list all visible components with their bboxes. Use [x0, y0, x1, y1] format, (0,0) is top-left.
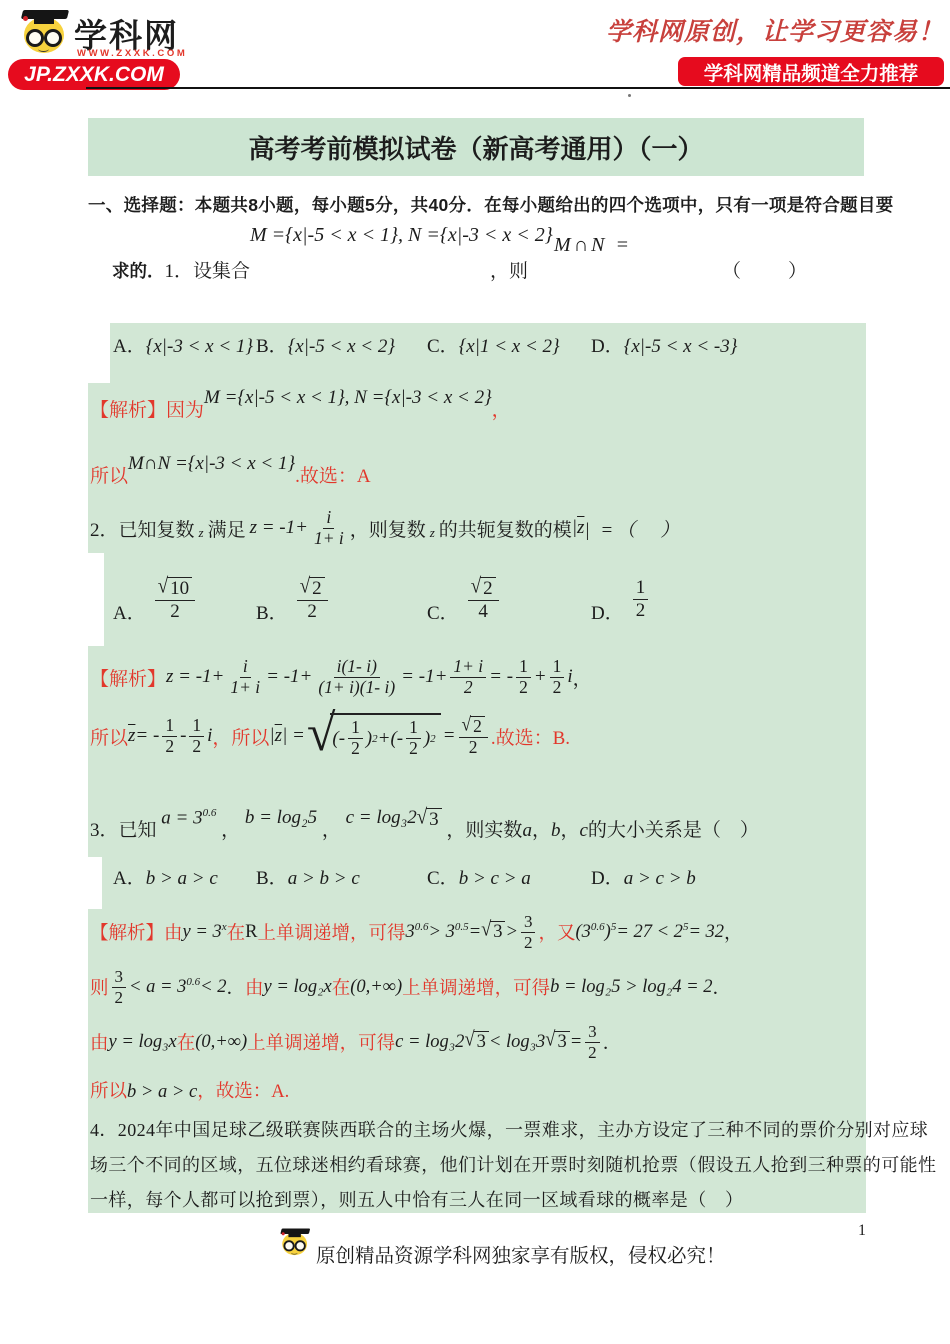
white-notch-3	[88, 857, 102, 909]
radicand: (-12)2+(-12)2	[330, 713, 440, 758]
q2-sol1-label: 【解析】	[90, 664, 166, 691]
q2-z-symbol-2: z	[430, 525, 435, 541]
q4-stem-line-2: 场三个不同的区域，五位球迷相约看球赛，他们计划在开票时刻随机抢票（假设五人抢到三…	[90, 1151, 936, 1177]
radicand: 3	[474, 1031, 489, 1053]
graduation-cap-crown	[288, 1233, 300, 1237]
q3-sol3-m4: < log₃3	[489, 1032, 545, 1053]
q1-intersection-formula: M∩N =	[554, 234, 632, 257]
owl-eye-right	[44, 29, 62, 47]
q3-sol1-red3: 上单调递增，可得	[257, 919, 405, 945]
q1-sol1-comma: ，	[492, 400, 511, 421]
q2-sol1-f4: 12	[516, 657, 531, 697]
q1-solution-line-2: 所以M∩N ={x|-3 < x < 1}.故选：A	[90, 461, 371, 488]
base: y = 3	[183, 922, 222, 942]
fraction-denominator: 2	[189, 737, 204, 757]
q3-sol1-m7: (30.6)5= 27 < 25= 32	[576, 921, 725, 943]
sqrt-radical: √3	[545, 1031, 569, 1053]
owl-smile	[291, 1251, 298, 1255]
radical-sign: √	[545, 1030, 555, 1051]
stray-dot	[628, 94, 631, 97]
q3-solution-line-1: 【解析】由 y = 3x 在 R 上单调递增，可得 30.6 > 30.5 = …	[90, 907, 743, 957]
radicand: 3	[426, 808, 442, 831]
highlighted-content-block: A．{x|-3 < x < 1} B．{x|-5 < x < 2} C．{x|1…	[88, 323, 866, 1213]
q2-stem: 2．已知复数 z 满足 z = -1+ i1+ i ，则复数 z 的共轭复数的模…	[90, 501, 682, 555]
q3-sol1-end: ，	[724, 919, 743, 945]
sqrt-radical: √2	[300, 577, 325, 599]
q1-answer-parens: （ ）	[722, 256, 821, 283]
sqrt-radical: √10	[158, 577, 192, 599]
base: (3	[576, 922, 591, 942]
q1-sol2-answer: .故选：A	[295, 466, 370, 487]
radical-sign: √	[464, 1030, 474, 1051]
q3-option-a: A．b > a > c	[113, 863, 218, 890]
cap-tassel	[23, 16, 28, 21]
q1-stem-prefix: 求的．	[112, 261, 165, 281]
page-title: 高考考前模拟试卷（新高考通用）（一）	[248, 129, 703, 166]
page-number: 1	[858, 1222, 866, 1240]
q3-option-b-value: a > b > c	[288, 868, 360, 889]
fraction-denominator: 2	[466, 738, 481, 758]
fraction-numerator: 1	[406, 718, 421, 739]
q3-sol1-label: 【解析】由	[90, 919, 183, 945]
q2-sol2-t6: =	[443, 725, 456, 747]
fraction-numerator: 1	[550, 657, 565, 678]
q2-sol2-answer: .故选：B.	[491, 723, 570, 750]
fraction-numerator: 3	[521, 912, 536, 932]
q2-sol1-t3: = -1+	[401, 666, 447, 688]
q2-sol1-f5: 12	[550, 657, 565, 697]
promo-banner: 学科网精品频道全力推荐	[678, 57, 944, 86]
q3-sol3-m3: c = log₃2	[395, 1032, 464, 1053]
jp-zxxk-badge: JP.ZXXK.COM	[8, 59, 180, 90]
q2-sol2-t1: = -	[135, 725, 159, 747]
exponent: 0.6	[591, 921, 605, 933]
fraction-numerator: 1	[189, 716, 204, 737]
white-notch-1	[88, 323, 110, 383]
q2-modulus-close: | =（ ）	[584, 515, 682, 542]
exponent: 0.6	[415, 921, 429, 933]
q3-sol3-f1: 32	[585, 1022, 600, 1061]
sqrt-radical: √3	[464, 1031, 488, 1053]
q2-stem-d: ，则复数	[350, 515, 426, 542]
q3-option-d: D．a > c > b	[591, 863, 696, 890]
q2-sol1-f2: i(1- i)(1+ i)(1- i)	[315, 657, 398, 697]
q1-option-d-label: D．	[591, 336, 624, 357]
radicand-f2: 12	[406, 718, 421, 758]
document-page: 学科网 WWW.ZXXK.COM JP.ZXXK.COM 学科网原创，让学习更容…	[0, 0, 950, 1344]
radical-sign: √	[471, 576, 481, 597]
q2-option-d-fraction: 12	[633, 577, 649, 621]
fraction-denominator: 2	[406, 739, 421, 759]
q3-stem-a: 3．已知	[90, 820, 157, 841]
punct: ，	[532, 820, 551, 841]
radical-sign: √	[158, 576, 168, 597]
fraction-numerator: i	[323, 508, 334, 529]
q3-option-a-value: b > a > c	[146, 868, 218, 889]
cap-tassel	[282, 1232, 285, 1235]
big-sqrt-radical: √(-12)2+(-12)2	[307, 713, 441, 758]
sqrt-radical: √3	[417, 808, 442, 831]
owl-eye-left	[26, 29, 44, 47]
q3-formula-a: a = 30.6	[161, 807, 216, 829]
q3-option-c-label: C．	[427, 868, 459, 889]
q2-sol2-f3: √22	[459, 715, 488, 757]
q1-option-d-value: {x|-5 < x < -3}	[624, 336, 738, 357]
q2-stem-a: 2．已知复数	[90, 515, 195, 542]
q3-sol1-m1: y = 3x	[183, 921, 227, 943]
fraction-numerator: 1	[348, 718, 363, 739]
var-a: a	[522, 820, 532, 841]
fraction-denominator: 1+ i	[227, 678, 263, 698]
q2-sol1-t5: +	[534, 666, 547, 688]
q3-comma-1: ，	[221, 820, 240, 841]
header-divider	[86, 87, 950, 89]
q3-sol2-m5: b = log₂5 > log₂4 = 2	[550, 977, 712, 998]
exponent: 0.6	[186, 976, 200, 988]
fraction-numerator: 1+ i	[450, 657, 486, 678]
section-1-instructions: 一、选择题：本题共8小题，每小题5分，共40分．在每小题给出的四个选项中，只有一…	[88, 192, 894, 217]
q1-option-b-label: B．	[256, 336, 288, 357]
fraction-denominator: 2	[521, 933, 536, 952]
radical-sign: √	[300, 576, 310, 597]
base: = 27 < 2	[616, 922, 683, 942]
fraction-denominator: 2	[461, 678, 476, 698]
fraction-numerator: √10	[155, 576, 195, 600]
q3-sol2-red3: 在	[332, 974, 351, 1000]
footer-owl-logo-icon	[281, 1226, 311, 1256]
base: > 3	[428, 922, 454, 942]
q2-option-c-label: C．	[427, 598, 459, 625]
fraction-denominator: 2	[550, 678, 565, 698]
q1-option-a-value: {x|-3 < x < 1}	[146, 336, 253, 357]
q3-sol3-red2: 在	[177, 1029, 196, 1055]
q1-option-c: C．{x|1 < x < 2}	[427, 331, 560, 358]
q1-option-b-value: {x|-5 < x < 2}	[288, 336, 395, 357]
q3-sol2-m3: y = log₂x	[264, 977, 332, 998]
q2-sol2-mid: ，所以	[212, 723, 269, 750]
q1-option-d: D．{x|-5 < x < -3}	[591, 331, 737, 358]
fraction-numerator: 1	[162, 716, 177, 737]
fraction-numerator: 3	[585, 1022, 600, 1042]
exponent: 0.6	[203, 807, 217, 819]
radicand: 3	[490, 921, 505, 943]
owl-eye-right	[295, 1240, 306, 1251]
q2-z-symbol-1: z	[199, 525, 204, 541]
radicand-f1: 12	[348, 718, 363, 758]
radicand: 10	[167, 577, 192, 599]
q2-z-conjugate: z	[577, 517, 584, 539]
q2-option-d-label: D．	[591, 598, 624, 625]
q1-stem-then: ，则	[490, 256, 528, 283]
q3-sol2-m4: (0,+∞)	[350, 977, 402, 998]
q3-sol1-R: R	[245, 922, 257, 943]
q2-option-c-fraction: √24	[468, 576, 499, 622]
q2-sol1-f3: 1+ i2	[450, 657, 486, 697]
q1-stem-text: 1．设集合	[165, 261, 251, 282]
q3-sol2-red1: 则	[90, 974, 109, 1000]
q2-sol2-f1: 12	[162, 716, 177, 756]
q4-stem-line-1: 4．2024年中国足球乙级联赛陕西联合的主场火爆，一票难求，主办方设定了三种不同…	[90, 1116, 928, 1142]
footer-copyright: 原创精品资源学科网独家享有版权，侵权必究！	[316, 1240, 726, 1268]
base: < 2	[200, 977, 226, 997]
q3-stem: 3．已知 a = 30.6 ， b = log₂5 ， c = log₃2√3 …	[90, 815, 759, 844]
q1-sol1-math: M ={x|-5 < x < 1}, N ={x|-3 < x < 2}	[204, 387, 492, 409]
owl-eye-left	[283, 1240, 294, 1251]
q3-sol1-m5: =	[469, 922, 481, 943]
white-notch-2	[88, 553, 104, 646]
q3-sol2-p2: ．	[713, 974, 732, 1000]
q3-sol4-math: b > a > c	[127, 1082, 197, 1102]
q3-sol1-red2: 在	[227, 919, 246, 945]
q3-comma-2: ，	[322, 820, 341, 841]
fraction-denominator: 1+ i	[311, 529, 347, 549]
owl-smile	[38, 46, 49, 52]
radicand-t1: (-	[332, 728, 345, 750]
q3-option-d-label: D．	[591, 868, 624, 889]
fraction-numerator: √2	[468, 576, 499, 600]
fraction-denominator: 2	[112, 988, 127, 1007]
q3-option-c-value: b > c > a	[459, 868, 531, 889]
q2-sol1-t4: = -	[489, 666, 513, 688]
q3-sol2-red2: 由	[245, 974, 264, 1000]
punct: ，	[560, 820, 579, 841]
fraction-numerator: 3	[112, 967, 127, 987]
fraction-denominator: 2	[585, 1043, 600, 1062]
q3-formula-b: b = log₂5	[245, 807, 317, 829]
q3-formula-c: c = log₃2√3	[346, 807, 442, 831]
radical-sign: √	[481, 920, 491, 941]
q2-sol1-f1: i1+ i	[227, 657, 263, 697]
q3-stem-b2: 的大小关系是（ ）	[588, 820, 759, 841]
q2-sol1-t2: = -1+	[266, 666, 312, 688]
q3-sol4-red1: 所以	[90, 1082, 127, 1102]
q2-sol2-zbar2: z	[275, 725, 282, 747]
q2-option-b-label: B．	[256, 598, 288, 625]
fraction-denominator: 2	[162, 737, 177, 757]
title-banner: 高考考前模拟试卷（新高考通用）（一）	[88, 118, 864, 176]
q3-option-c: C．b > c > a	[427, 863, 531, 890]
q3-solution-line-2: 则 32 < a = 30.6< 2 ． 由 y = log₂x 在 (0,+∞…	[90, 963, 731, 1011]
q1-option-a: A．{x|-3 < x < 1}	[113, 331, 253, 358]
q3-solution-line-3: 由 y = log₃x 在 (0,+∞) 上单调递增，可得 c = log₃2 …	[90, 1017, 621, 1067]
fraction-denominator: 2	[167, 601, 183, 622]
q2-solution-line-2: 所以 z = - 12 - 12 i ，所以 | z | = √(-12)2+(…	[90, 705, 570, 767]
q2-option-c: C． √24	[427, 563, 502, 635]
q2-option-a: A． √102	[113, 563, 198, 635]
q2-option-d: D． 12	[591, 563, 651, 635]
q3-option-d-value: a > c > b	[624, 868, 696, 889]
exponent: 0.5	[455, 921, 469, 933]
q2-sol2-t5: | =	[282, 725, 305, 747]
zxxk-owl-logo-icon	[22, 6, 70, 54]
radical-sign: √	[462, 715, 472, 735]
base: 3	[405, 922, 414, 942]
q2-sol2-prefix: 所以	[90, 723, 128, 750]
q2-sol1-comma: ，	[573, 664, 592, 691]
q2-sol2-zbar: z	[128, 725, 135, 747]
q3-sol1-m3: 30.6	[405, 921, 428, 943]
radicand: 2	[480, 577, 496, 599]
sqrt-radical: √3	[481, 921, 505, 943]
fraction-numerator: i(1- i)	[334, 657, 380, 678]
radical-sign: √	[417, 807, 427, 828]
q3-sol4-answer: ，故选：A.	[197, 1082, 289, 1102]
graduation-cap-crown	[34, 17, 54, 24]
q3-sol3-m5: =	[570, 1032, 582, 1053]
fraction-numerator: √2	[459, 715, 488, 738]
q3-sol3-red1: 由	[90, 1029, 109, 1055]
sqrt-radical: √2	[471, 577, 496, 599]
radicand: 3	[554, 1031, 569, 1053]
base: = 32	[688, 922, 724, 942]
q2-option-b-fraction: √22	[297, 576, 328, 622]
q3-solution-line-4: 所以b > a > c，故选：A.	[90, 1077, 289, 1103]
q3-option-a-label: A．	[113, 868, 146, 889]
q2-sol2-t2: -	[180, 725, 186, 747]
q2-stem-fraction: i1+ i	[311, 508, 347, 548]
q2-solution-line-1: 【解析】 z = -1+ i1+ i = -1+ i(1- i)(1+ i)(1…	[90, 651, 592, 703]
q2-sol2-f2: 12	[189, 716, 204, 756]
q2-stem-b: 满足	[208, 515, 246, 542]
q3-sol1-red4: ，又	[538, 919, 575, 945]
q2-option-a-label: A．	[113, 598, 146, 625]
q1-sol2-math: M∩N ={x|-3 < x < 1}	[128, 453, 295, 475]
q1-option-c-value: {x|1 < x < 2}	[459, 336, 560, 357]
q1-sol2-prefix: 所以	[90, 466, 128, 487]
fraction-denominator: 2	[633, 600, 649, 621]
fraction-denominator: 4	[475, 601, 491, 622]
q3-a-base: a = 3	[161, 807, 202, 828]
q1-sol1-label: 【解析】因为	[90, 400, 204, 421]
brand-site-url: WWW.ZXXK.COM	[77, 48, 187, 59]
var-c: c	[579, 820, 587, 841]
fraction-denominator: 2	[348, 739, 363, 759]
q3-sol3-m1: y = log₃x	[109, 1032, 177, 1053]
fraction-denominator: (1+ i)(1- i)	[315, 678, 398, 698]
exponent: 2	[430, 733, 436, 745]
radicand: 2	[470, 716, 485, 737]
q3-stem-b1: ，则实数	[446, 820, 522, 841]
q2-stem-e: 的共轭复数的模	[439, 515, 572, 542]
fraction-denominator: 2	[516, 678, 531, 698]
q2-sol1-t1: z = -1+	[166, 666, 224, 688]
q1-solution-line-1: 【解析】因为M ={x|-5 < x < 1}, N ={x|-3 < x < …	[90, 395, 511, 422]
q2-option-b: B． √22	[256, 563, 331, 635]
q4-stem-line-3: 一样，每个人都可以抢到票），则五人中恰有三人在同一区域看球的概率是（ ）	[90, 1186, 743, 1212]
fraction-numerator: √2	[297, 576, 328, 600]
q1-option-b: B．{x|-5 < x < 2}	[256, 331, 395, 358]
q2-option-a-fraction: √102	[155, 576, 195, 622]
fraction-numerator: 1	[633, 577, 649, 599]
q3-sol1-m4: > 30.5	[428, 921, 468, 943]
q3-sol3-red3: 上单调递增，可得	[247, 1029, 395, 1055]
header-slogan: 学科网原创，让学习更容易！	[606, 12, 944, 48]
q3-sol2-m1: < a = 30.6< 2	[129, 976, 226, 998]
q1-option-c-label: C．	[427, 336, 459, 357]
q3-sol3-m2: (0,+∞)	[195, 1032, 247, 1053]
fraction-numerator: 1	[516, 657, 531, 678]
fraction-denominator: 2	[304, 601, 320, 622]
q3-sol1-f1: 32	[521, 912, 536, 951]
q3-sol2-red4: 上单调递增，可得	[402, 974, 550, 1000]
radicand: 2	[309, 577, 325, 599]
q3-c-base: c = log₃2	[346, 807, 417, 828]
sqrt-radical: √2	[462, 716, 485, 737]
q3-sol3-p1: ．	[603, 1029, 622, 1055]
q2-stem-eq: z = -1+	[250, 517, 308, 539]
q3-sol2-f1: 32	[112, 967, 127, 1006]
q1-option-a-label: A．	[113, 336, 146, 357]
q3-option-b: B．a > b > c	[256, 863, 360, 890]
radicand-t3: +(-	[378, 728, 403, 750]
q3-option-b-label: B．	[256, 868, 288, 889]
q3-sol2-p1: ．	[226, 974, 245, 1000]
q1-stem-start: 求的．1．设集合	[112, 256, 250, 283]
q3-sol1-m6: >	[505, 922, 517, 943]
fraction-numerator: i	[240, 657, 251, 678]
base: < a = 3	[129, 977, 186, 997]
q1-sets-formula: M ={x|-5 < x < 1}, N ={x|-3 < x < 2}	[250, 224, 553, 247]
